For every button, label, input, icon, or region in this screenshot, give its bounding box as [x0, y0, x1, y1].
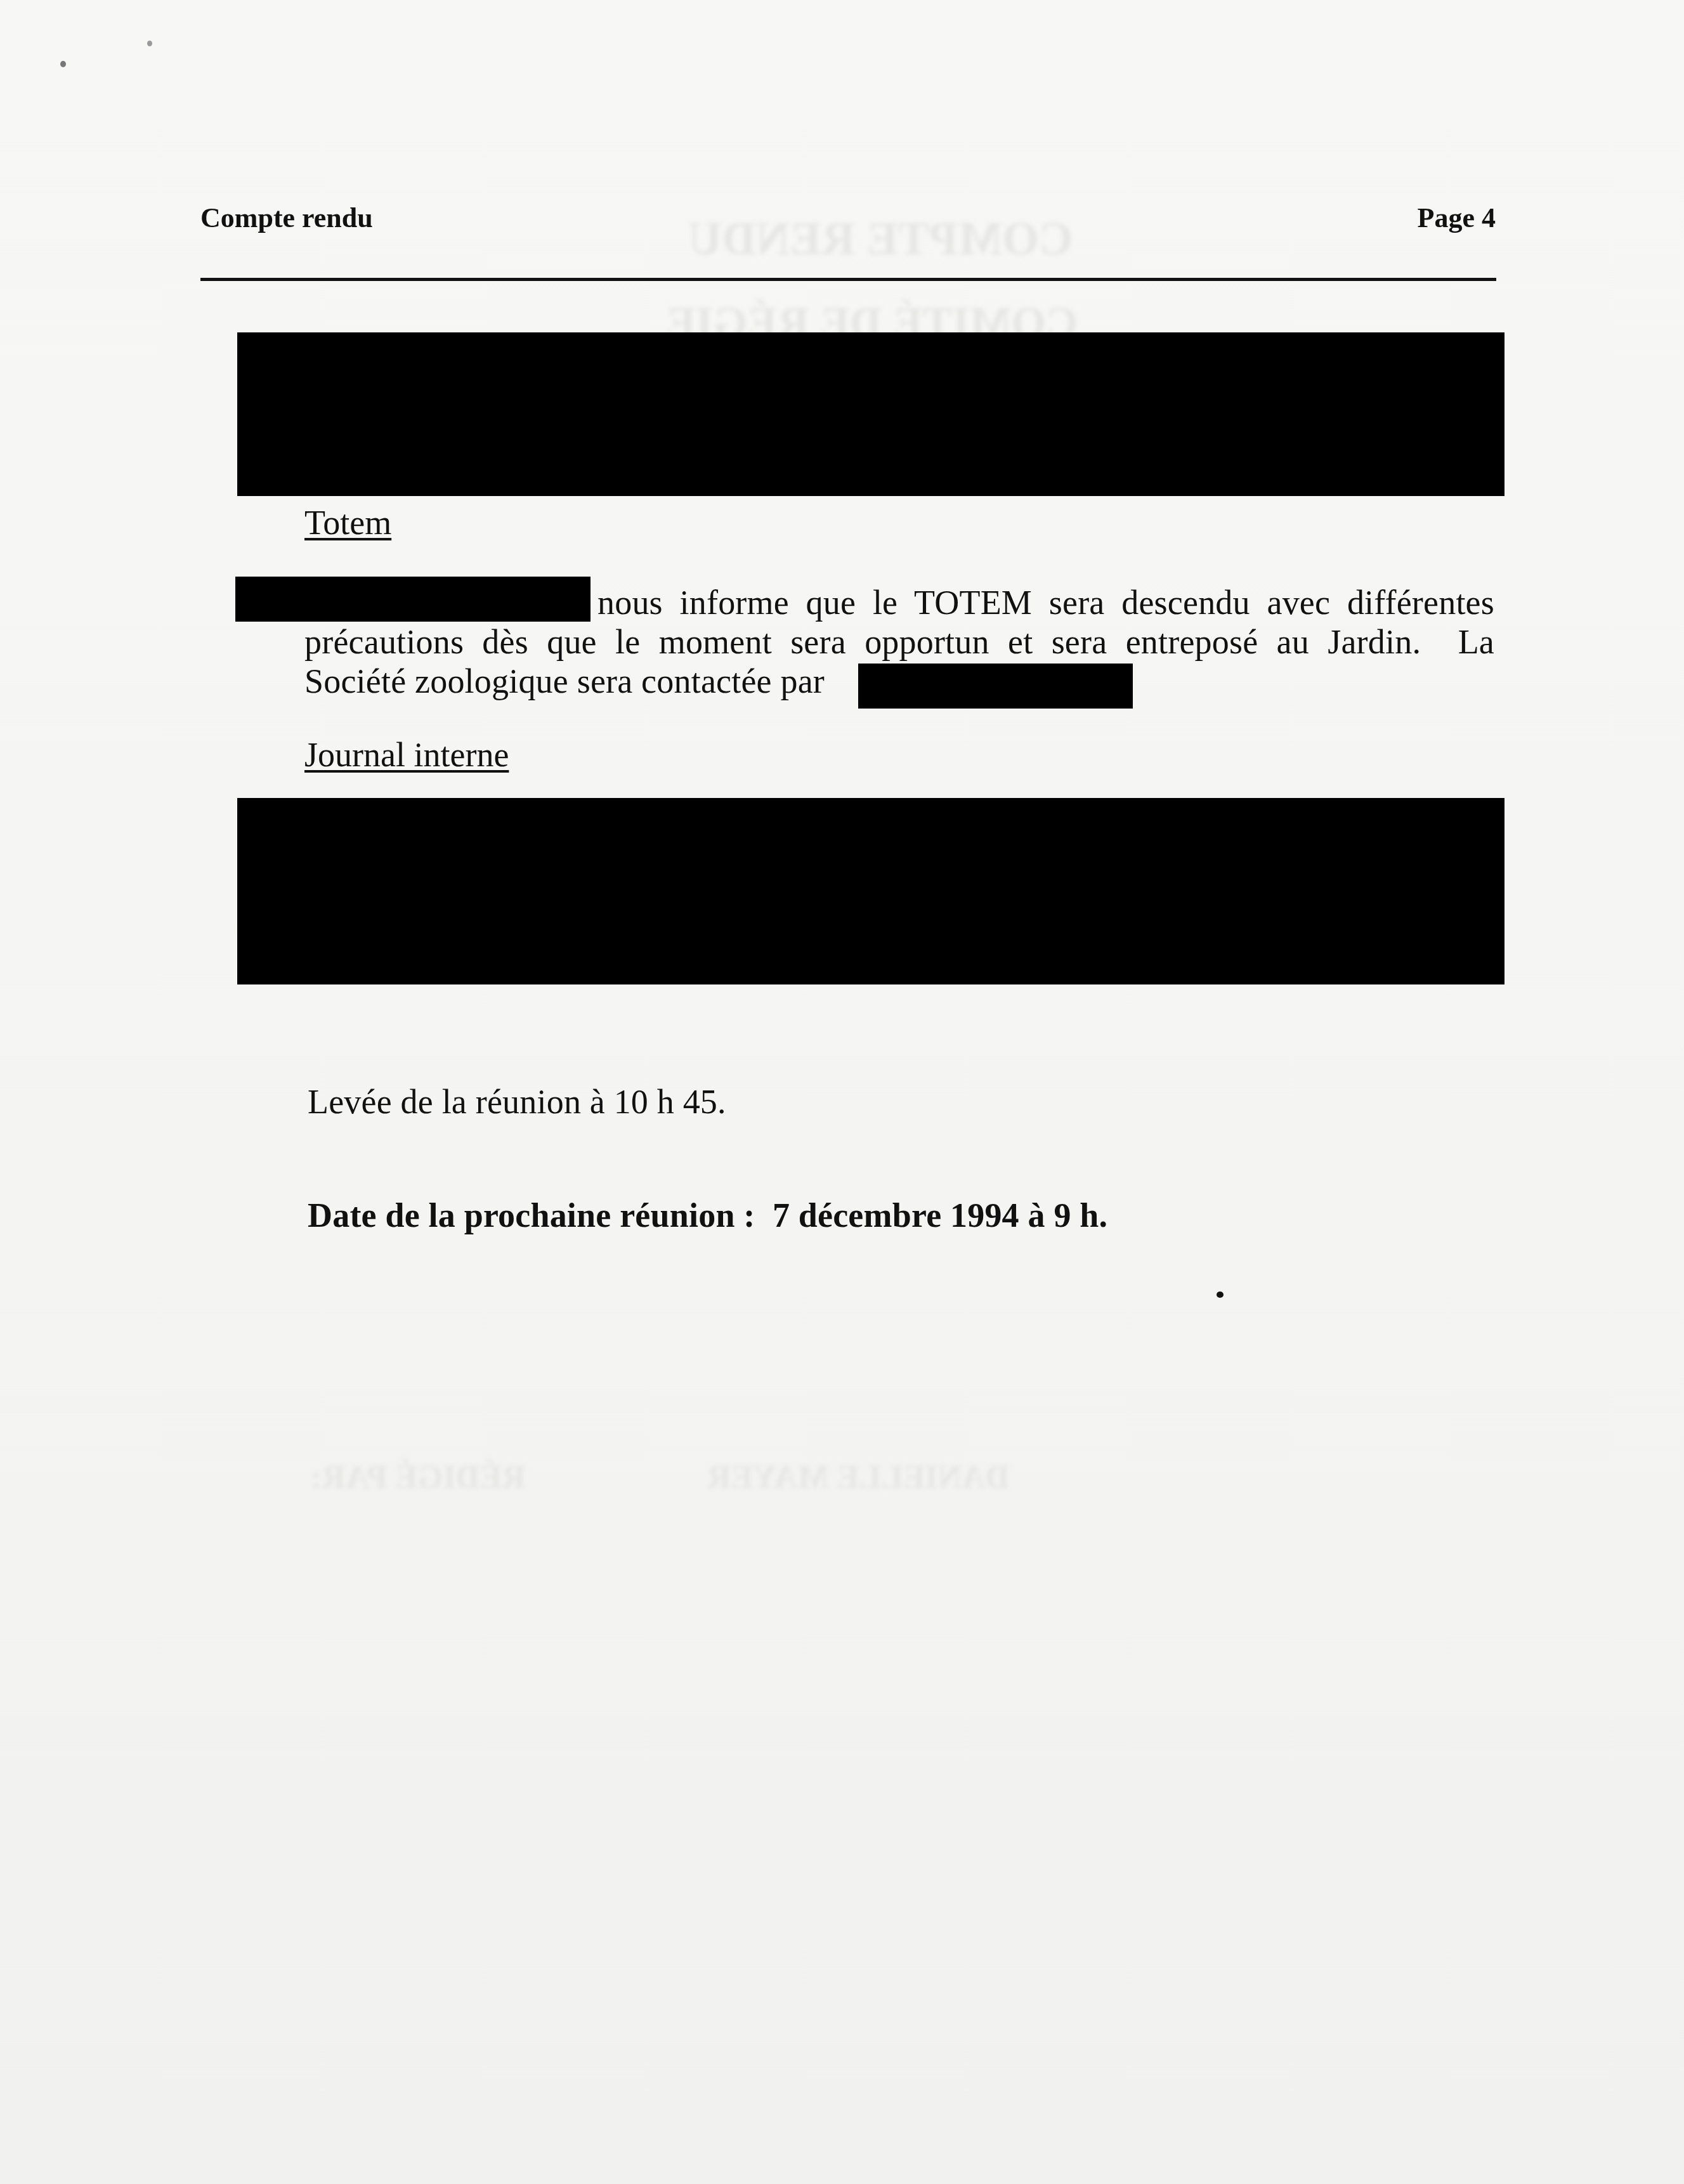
- bleed-through-author: DANIELLE MAYER: [707, 1459, 1009, 1496]
- next-meeting-date: 7 décembre 1994 à 9 h.: [773, 1196, 1107, 1234]
- redaction-block: [237, 332, 1505, 496]
- page-number: Page 4: [1418, 202, 1496, 234]
- bleed-through-title: COMPTE RENDU: [688, 213, 1073, 266]
- bleed-through-redige: RÉDIGÉ PAR:: [311, 1459, 525, 1496]
- header-title: Compte rendu: [200, 202, 373, 234]
- adjournment-text: Levée de la réunion à 10 h 45.: [308, 1082, 726, 1121]
- section-heading-totem: Totem: [304, 503, 391, 542]
- next-meeting-label: Date de la prochaine réunion :: [308, 1196, 755, 1234]
- redaction-inline-contact: [858, 664, 1133, 709]
- totem-paragraph-line-2: précautions dès que le moment sera oppor…: [304, 622, 1494, 662]
- redaction-block: [237, 798, 1505, 984]
- redaction-inline-name: [235, 577, 591, 622]
- scan-speck: [1217, 1291, 1224, 1298]
- section-heading-journal-interne: Journal interne: [304, 735, 509, 775]
- scan-speck: [60, 61, 66, 67]
- totem-paragraph-line-3: Société zoologique sera contactée par: [304, 662, 825, 701]
- totem-paragraph-line-1: nous informe que le TOTEM sera descendu …: [597, 583, 1494, 622]
- next-meeting: Date de la prochaine réunion : 7 décembr…: [308, 1196, 1107, 1235]
- scan-speck: [147, 41, 152, 46]
- header-rule: [200, 278, 1496, 281]
